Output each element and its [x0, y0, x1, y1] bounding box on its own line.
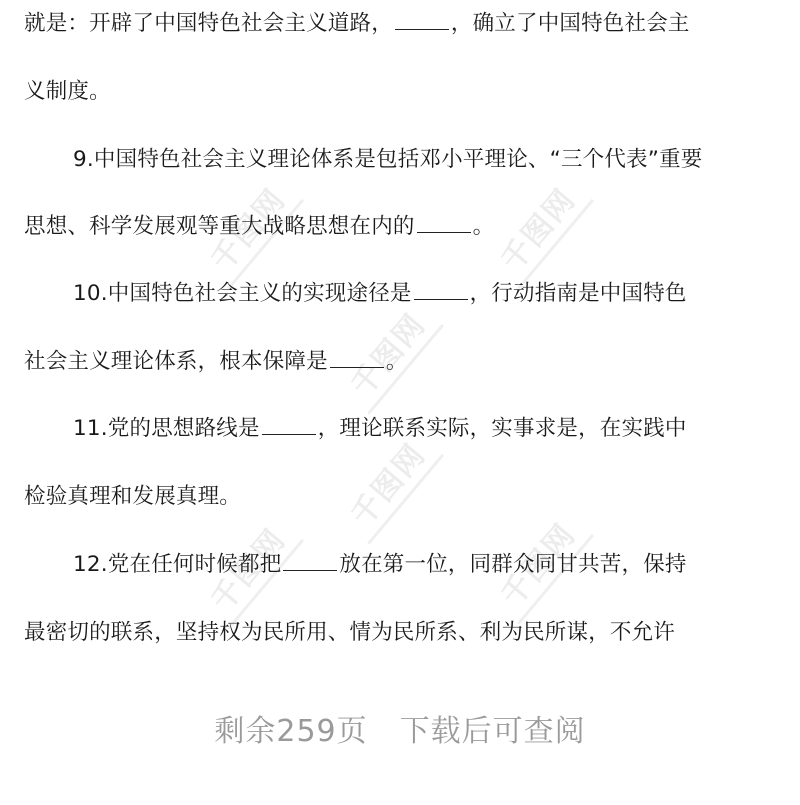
fill-blank — [417, 214, 471, 233]
text-span: 就是：开辟了中国特色社会主义道路， — [24, 11, 393, 36]
question-9: 9.中国特色社会主义理论体系是包括邓小平理论、“三个代表”重要 — [73, 145, 800, 175]
text-line: 思想、科学发展观等重大战略思想在内的。 — [24, 212, 784, 242]
download-to-view-link[interactable]: 下载后可查阅 — [400, 714, 586, 749]
text-span: ，行动指南是中国特色 — [470, 281, 687, 306]
fill-blank — [414, 281, 468, 300]
fill-blank — [330, 349, 384, 368]
question-12: 12.党在任何时候都把放在第一位，同群众同甘共苦，保持 — [73, 550, 800, 580]
text-span: 思想、科学发展观等重大战略思想在内的 — [24, 214, 415, 239]
fill-blank — [283, 552, 337, 571]
text-line: 检验真理和发展真理。 — [24, 482, 784, 512]
text-span: 社会主义理论体系，根本保障是 — [24, 349, 328, 374]
text-span: ，理论联系实际，实事求是，在实践中 — [318, 416, 687, 441]
text-span: 11.党的思想路线是 — [73, 416, 260, 441]
remaining-pages-label: 剩余259页 — [214, 714, 367, 749]
question-11: 11.党的思想路线是，理论联系实际，实事求是，在实践中 — [73, 414, 800, 444]
text-span: ，确立了中国特色社会主 — [451, 11, 690, 36]
text-span: 。 — [473, 214, 495, 239]
text-line: 就是：开辟了中国特色社会主义道路，，确立了中国特色社会主 — [24, 9, 784, 39]
text-span: 。 — [386, 349, 408, 374]
fill-blank — [395, 11, 449, 30]
fill-blank — [262, 416, 316, 435]
text-span: 10.中国特色社会主义的实现途径是 — [73, 281, 412, 306]
text-line: 最密切的联系，坚持权为民所用、情为民所系、利为民所谋，不允许 — [24, 618, 784, 648]
text-span: 最密切的联系，坚持权为民所用、情为民所系、利为民所谋，不允许 — [24, 620, 675, 645]
text-span: 12.党在任何时候都把 — [73, 552, 281, 577]
text-line: 社会主义理论体系，根本保障是。 — [24, 347, 784, 377]
question-10: 10.中国特色社会主义的实现途径是，行动指南是中国特色 — [73, 279, 800, 309]
text-span: 检验真理和发展真理。 — [24, 484, 241, 509]
text-span: 9.中国特色社会主义理论体系是包括邓小平理论、“三个代表”重要 — [73, 147, 703, 172]
download-prompt[interactable]: 剩余259页下载后可查阅 — [0, 706, 800, 750]
text-line: 义制度。 — [24, 77, 784, 107]
text-span: 义制度。 — [24, 79, 111, 104]
text-span: 放在第一位，同群众同甘共苦，保持 — [339, 552, 686, 577]
